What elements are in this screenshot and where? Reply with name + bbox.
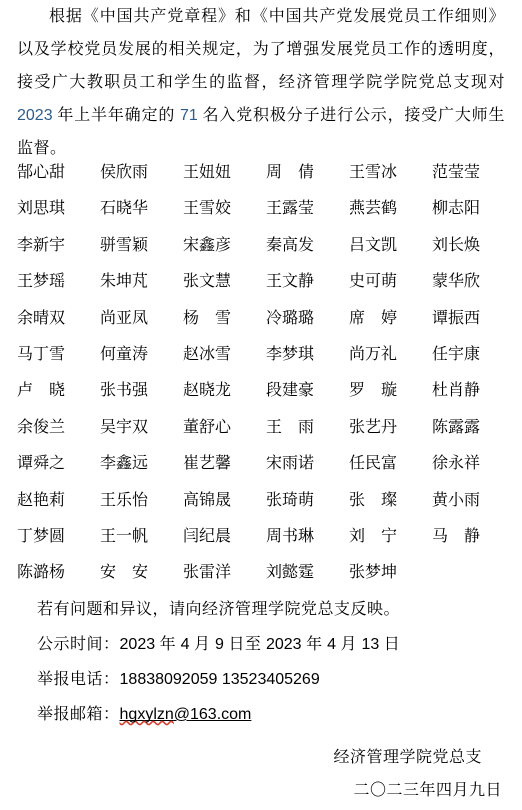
name-item: 谭舜之: [17, 446, 65, 482]
name-item: 李鑫远: [100, 446, 148, 482]
name-item: 侯欣雨: [100, 155, 148, 191]
name-item: 任民富: [349, 446, 397, 482]
email-address: hgxylzn@163.com: [120, 706, 252, 723]
text-segment: 2023: [266, 636, 302, 653]
name-item: 柳志阳: [432, 191, 480, 227]
name-item: 张雷洋: [183, 555, 231, 591]
names-grid: 郜心甜侯欣雨王妞妞周 倩王雪冰范莹莹刘思琪石晓华王雪姣王露莹燕芸鹤柳志阳李新宇骈…: [17, 155, 480, 592]
name-item: 李新宇: [17, 228, 65, 264]
name-item: 马丁雪: [17, 337, 65, 373]
text-segment: 日至: [224, 636, 266, 653]
name-item: 赵艳莉: [17, 483, 65, 519]
name-item: 宋鑫彦: [183, 228, 231, 264]
name-item: 任宇康: [432, 337, 480, 373]
name-item: 尚亚凤: [100, 301, 148, 337]
name-item: 王梦瑶: [17, 264, 65, 300]
name-item: 骈雪颖: [100, 228, 148, 264]
name-item: 燕芸鹤: [349, 191, 397, 227]
email-domain: @163.com: [174, 706, 252, 723]
name-item: 张文慧: [183, 264, 231, 300]
name-item: 周 倩: [266, 155, 314, 191]
name-item: 李梦琪: [266, 337, 314, 373]
name-item: 赵冰雪: [183, 337, 231, 373]
name-item: 张梦坤: [349, 555, 397, 591]
name-item: 安 安: [100, 555, 148, 591]
name-item: 席 婷: [349, 301, 397, 337]
text-segment: 18838092059 13523405269: [120, 671, 320, 688]
name-item: 丁梦圆: [17, 519, 65, 555]
name-item: 冷璐璐: [266, 301, 314, 337]
text-segment: 9: [215, 636, 224, 653]
text-segment: 2023: [120, 636, 156, 653]
signature-date: 二〇二三年四月九日: [0, 774, 522, 807]
name-item: 陈潞杨: [17, 555, 65, 591]
name-item: 王妞妞: [183, 155, 231, 191]
name-item: 刘长焕: [432, 228, 480, 264]
email-user: hgxylzn: [120, 706, 174, 723]
name-item: 王雪姣: [183, 191, 231, 227]
name-item: 王一帆: [100, 519, 148, 555]
name-item: 卢 晓: [17, 373, 65, 409]
report-email-label: 举报邮箱：: [37, 706, 120, 723]
text-segment: 13: [362, 636, 380, 653]
name-item: 刘懿霆: [266, 555, 314, 591]
intro-paragraph: 根据《中国共产党章程》和《中国共产党发展党员工作细则》以及学校党员发展的相关规定…: [17, 0, 505, 165]
name-item: 王乐怡: [100, 483, 148, 519]
name-item: 黄小雨: [432, 483, 480, 519]
feedback-note: 若有问题和异议，请向经济管理学院党总支反映。: [17, 592, 505, 627]
name-item: 张 璨: [349, 483, 397, 519]
text-segment: 71: [180, 107, 198, 124]
name-item: 杜肖静: [432, 373, 480, 409]
name-item: 余晴双: [17, 301, 65, 337]
signature-org: 经济管理学院党总支: [0, 741, 522, 774]
name-item: 王 雨: [266, 410, 314, 446]
name-item: 赵晓龙: [183, 373, 231, 409]
name-item: 高锦晟: [183, 483, 231, 519]
report-email-line: 举报邮箱：hgxylzn@163.com: [17, 697, 505, 732]
name-item: 石晓华: [100, 191, 148, 227]
name-item: 王露莹: [266, 191, 314, 227]
name-item: 崔艺馨: [183, 446, 231, 482]
text-segment: 4: [181, 636, 190, 653]
name-item: 余俊兰: [17, 410, 65, 446]
name-item: 范莹莹: [432, 155, 480, 191]
announcement-page: 根据《中国共产党章程》和《中国共产党发展党员工作细则》以及学校党员发展的相关规定…: [0, 0, 522, 810]
name-item: 蒙华欣: [432, 264, 480, 300]
name-item: 朱坤芃: [100, 264, 148, 300]
name-item: 段建豪: [266, 373, 314, 409]
name-item: 刘 宁: [349, 519, 397, 555]
name-item: 谭振西: [432, 301, 480, 337]
name-item: 郜心甜: [17, 155, 65, 191]
name-item: 史可萌: [349, 264, 397, 300]
name-item: 尚万礼: [349, 337, 397, 373]
text-segment: 月: [336, 636, 362, 653]
text-segment: 2023: [17, 107, 53, 124]
text-segment: 日: [379, 636, 400, 653]
name-item: 张书强: [100, 373, 148, 409]
text-segment: 月: [190, 636, 216, 653]
name-item: 马 静: [432, 519, 480, 555]
text-segment: 年: [155, 636, 181, 653]
name-item: 王雪冰: [349, 155, 397, 191]
name-item: 罗 璇: [349, 373, 397, 409]
name-item: 王文静: [266, 264, 314, 300]
name-item: 闫纪晨: [183, 519, 231, 555]
name-item: 何童涛: [100, 337, 148, 373]
name-item: 吴宇双: [100, 410, 148, 446]
name-item: 张艺丹: [349, 410, 397, 446]
name-item: 吕文凯: [349, 228, 397, 264]
name-item: 董舒心: [183, 410, 231, 446]
name-item: 陈露露: [432, 410, 480, 446]
name-item: 周书琳: [266, 519, 314, 555]
footer-section: 若有问题和异议，请向经济管理学院党总支反映。 公示时间：2023 年 4 月 9…: [17, 592, 505, 732]
report-phone-line: 举报电话：18838092059 13523405269: [17, 662, 505, 697]
text-segment: 年: [302, 636, 328, 653]
name-item: 秦高发: [266, 228, 314, 264]
name-item: 杨 雪: [183, 301, 231, 337]
text-segment: 4: [327, 636, 336, 653]
text-segment: 年上半年确定的: [53, 107, 180, 124]
text-segment: 举报电话：: [37, 671, 120, 688]
signature-block: 经济管理学院党总支 二〇二三年四月九日: [0, 741, 522, 807]
name-item: 张琦萌: [266, 483, 314, 519]
name-item: 宋雨诺: [266, 446, 314, 482]
text-segment: 公示时间：: [37, 636, 120, 653]
name-item: 徐永祥: [432, 446, 480, 482]
publicity-period-line: 公示时间：2023 年 4 月 9 日至 2023 年 4 月 13 日: [17, 627, 505, 662]
text-segment: 根据《中国共产党章程》和《中国共产党发展党员工作细则》以及学校党员发展的相关规定…: [17, 8, 505, 91]
name-item: 刘思琪: [17, 191, 65, 227]
